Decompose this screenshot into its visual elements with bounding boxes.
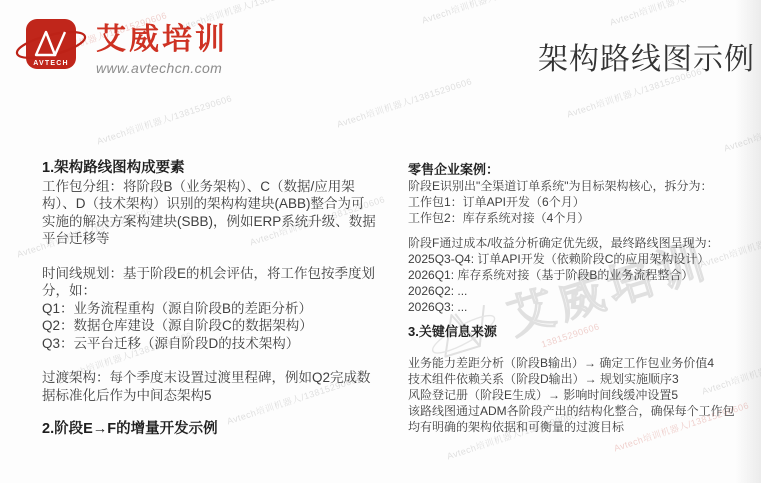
text-line: 阶段F通过成本/收益分析确定优先级，最终路线图呈现为： <box>408 235 746 251</box>
page-title: 架构路线图示例 <box>538 34 755 78</box>
slide: Avtech培训机器人/13815290606Avtech培训机器人/13815… <box>0 0 761 483</box>
section3-heading: 3.关键信息来源 <box>408 324 746 340</box>
text-line: 工作包2：库存系统对接（4个月） <box>408 210 746 226</box>
paragraph-sources: 业务能力差距分析（阶段B输出）→ 确定工作包业务价值4 技术组件依赖关系（阶段D… <box>408 355 746 435</box>
logo-badge-label: AVTECH <box>33 60 68 67</box>
avtech-logo: AVTECH 艾威培训 www.avtechcn.com <box>12 16 228 76</box>
text-line: 工作包1：订单API开发（6个月） <box>408 194 746 210</box>
paragraph-transition: 过渡架构：每个季度末设置过渡里程碑，例如Q2完成数据标准化后作为中间态架构5 <box>42 369 376 404</box>
text-line: 风险登记册（阶段E生成）→ 影响时间线缓冲设置5 <box>408 387 746 403</box>
text-line: 时间线规划：基于阶段E的机会评估，将工作包按季度划分，如： <box>42 265 376 300</box>
text-line: Q1：业务流程重构（源自阶段B的差距分析） <box>42 300 376 318</box>
right-column: 零售企业案例： 阶段E识别出"全渠道订单系统"为目标架构核心，拆分为： 工作包1… <box>408 162 746 444</box>
section2-heading: 2.阶段E→F的增量开发示例 <box>42 421 376 439</box>
case-heading: 零售企业案例： <box>408 162 746 178</box>
paragraph-timeline: 时间线规划：基于阶段E的机会评估，将工作包按季度划分，如： Q1：业务流程重构（… <box>42 265 376 353</box>
watermark-text: Avtech培训机器人/13815290606 <box>95 91 234 147</box>
brand-text-block: 艾威培训 www.avtechcn.com <box>96 16 228 76</box>
text-line: Q3：云平台迁移（源自阶段D的技术架构） <box>42 335 376 353</box>
paragraph-case: 阶段E识别出"全渠道订单系统"为目标架构核心，拆分为： 工作包1：订单API开发… <box>408 178 746 226</box>
text-line: 该路线图通过ADM各阶段产出的结构化整合，确保每个工作包均有明确的架构依据和可衡… <box>408 403 746 435</box>
brand-name: 艾威培训 <box>96 24 228 56</box>
text-line: 阶段E识别出"全渠道订单系统"为目标架构核心，拆分为： <box>408 178 746 194</box>
watermark-text: Avtech培训机器人/13815290606 <box>608 0 747 28</box>
avtech-logo-icon: AVTECH <box>12 16 88 74</box>
text-line: 业务能力差距分析（阶段B输出）→ 确定工作包业务价值4 <box>408 355 746 371</box>
text-line: Q2：数据仓库建设（源自阶段C的数据架构） <box>42 317 376 335</box>
text-line: 2025Q3-Q4: 订单API开发（依赖阶段C的应用架构设计） <box>408 251 746 267</box>
paragraph-roadmap: 阶段F通过成本/收益分析确定优先级，最终路线图呈现为： 2025Q3-Q4: 订… <box>408 235 746 315</box>
text-line: 2026Q3: ... <box>408 299 746 315</box>
watermark-text: Avtech培训机器人/13815290606 <box>722 98 761 154</box>
text-line: 2026Q2: ... <box>408 283 746 299</box>
brand-url: www.avtechcn.com <box>96 60 228 76</box>
watermark-text: Avtech培训机器人/13815290606 <box>420 0 559 26</box>
text-line: 2026Q1: 库存系统对接（基于阶段B的业务流程整合） <box>408 267 746 283</box>
watermark-text: Avtech培训机器人/13815290606 <box>335 74 474 130</box>
text-line: 技术组件依赖关系（阶段D输出）→ 规划实施顺序3 <box>408 371 746 387</box>
section1-heading: 1.架构路线图构成要素 <box>42 160 376 178</box>
paragraph-workpackage: 工作包分组：将阶段B（业务架构）、C（数据/应用架构）、D（技术架构）识别的架构… <box>42 178 376 248</box>
left-column: 1.架构路线图构成要素 工作包分组：将阶段B（业务架构）、C（数据/应用架构）、… <box>42 160 376 439</box>
